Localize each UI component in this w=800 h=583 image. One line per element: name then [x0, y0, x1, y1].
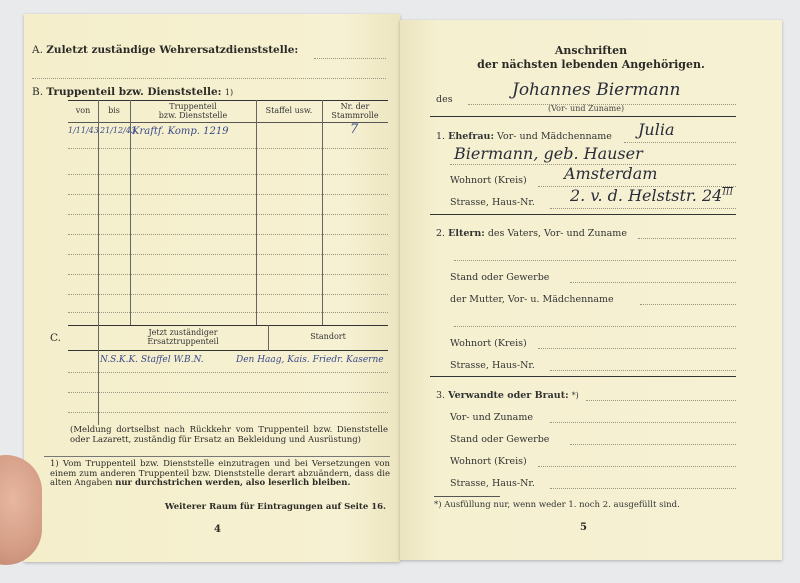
- footnote-rule: [434, 496, 500, 497]
- table-b-row-line: [68, 312, 388, 313]
- line: [550, 488, 736, 489]
- line: [640, 304, 736, 305]
- table-c-top-rule: [68, 325, 388, 326]
- des-rule: [430, 116, 736, 117]
- line: [454, 326, 736, 327]
- table-b-divider: [256, 100, 257, 325]
- table-b-row-line: [68, 234, 388, 235]
- col-von: von: [68, 106, 98, 115]
- line: [538, 466, 736, 467]
- table-b-divider: [322, 100, 323, 325]
- des-hint: (Vor- und Zuname): [548, 104, 624, 113]
- line: [550, 208, 736, 209]
- line: [454, 260, 736, 261]
- row-1-truppenteil: Kraftf. Komp. 1219: [132, 126, 229, 137]
- section-c-label: C.: [50, 332, 61, 344]
- footnote-right: *) Ausfüllung nur, wenn weder 1. noch 2.…: [434, 500, 680, 510]
- table-b-row-line: [68, 274, 388, 275]
- row-c-standort: Den Haag, Kais. Friedr. Kaserne: [236, 355, 384, 365]
- section-a-line-2: [32, 78, 386, 79]
- col-ersatztruppenteil: Jetzt zuständiger Ersatztruppenteil: [98, 328, 268, 346]
- footnote-rule: [44, 456, 390, 457]
- col-staffel: Staffel usw.: [256, 106, 322, 115]
- table-b-row-line: [68, 214, 388, 215]
- table-b-row-line: [68, 194, 388, 195]
- des-value: Johannes Biermann: [512, 80, 681, 100]
- row-1-nr: 7: [350, 122, 358, 137]
- table-c-row-line: [68, 392, 388, 393]
- row-1-bis: 21/12/43: [100, 126, 136, 135]
- col-standort: Standort: [268, 332, 388, 341]
- section2-rule: [430, 376, 736, 377]
- table-b-row-line: [68, 254, 388, 255]
- right-title-line1: Anschriften: [400, 44, 782, 57]
- eltern-mutter-label: der Mutter, Vor- u. Mädchenname: [450, 294, 614, 305]
- ehefrau-strasse-label: Strasse, Haus-Nr.: [450, 197, 535, 208]
- ehefrau-strasse-value: 2. v. d. Helststr. 24III: [570, 186, 733, 205]
- line: [586, 400, 736, 401]
- footnote-left: 1) Vom Truppenteil bzw. Dienststelle ein…: [50, 460, 390, 489]
- eltern-strasse-label: Strasse, Haus-Nr.: [450, 360, 535, 371]
- table-c-row-line: [68, 372, 388, 373]
- section2-heading: 2. Eltern: des Vaters, Vor- und Zuname: [436, 228, 627, 239]
- braut-stand-label: Stand oder Gewerbe: [450, 434, 549, 445]
- section3-heading: 3. Verwandte oder Braut: *): [436, 390, 579, 401]
- col-truppenteil: Truppenteil bzw. Dienststelle: [130, 102, 256, 120]
- section1-rule: [430, 214, 736, 215]
- braut-wohnort-label: Wohnort (Kreis): [450, 456, 527, 467]
- right-page: Anschriften der nächsten lebenden Angehö…: [400, 20, 782, 560]
- line: [570, 282, 736, 283]
- braut-strasse-label: Strasse, Haus-Nr.: [450, 478, 535, 489]
- row-c-ersatztruppenteil: N.S.K.K. Staffel W.B.N.: [100, 355, 204, 365]
- braut-name-label: Vor- und Zuname: [450, 412, 533, 423]
- table-c-divider: [268, 325, 269, 351]
- table-c-header-rule: [68, 350, 388, 351]
- table-b-header-rule: [68, 122, 388, 123]
- table-c-row-line: [68, 412, 388, 413]
- ehefrau-name-1: Julia: [638, 120, 675, 139]
- page-number-right: 5: [580, 522, 587, 533]
- table-b-top-rule: [68, 100, 388, 101]
- col-nr-stammrolle: Nr. der Stammrolle: [322, 102, 388, 120]
- page-number-left: 4: [214, 524, 221, 535]
- row-1-von: 1/11/43: [68, 126, 99, 135]
- section-a-heading: A. Zuletzt zuständige Wehrersatzdienstst…: [32, 44, 298, 56]
- line: [624, 142, 736, 143]
- continuation-note: Weiterer Raum für Eintragungen auf Seite…: [165, 502, 386, 512]
- ehefrau-name-2: Biermann, geb. Hauser: [454, 144, 643, 163]
- ehefrau-wohnort-label: Wohnort (Kreis): [450, 175, 527, 186]
- section-b-heading: B. Truppenteil bzw. Dienststelle: 1): [32, 86, 233, 98]
- left-page: A. Zuletzt zuständige Wehrersatzdienstst…: [24, 14, 400, 562]
- ehefrau-wohnort-value: Amsterdam: [564, 164, 657, 183]
- table-b-row-line: [68, 294, 388, 295]
- line: [538, 348, 736, 349]
- thumb: [0, 455, 42, 565]
- table-b-row-line: [68, 148, 388, 149]
- table-c-divider: [98, 325, 99, 425]
- section1-heading: 1. Ehefrau: Vor- und Mädchenname: [436, 131, 612, 142]
- line: [550, 370, 736, 371]
- des-label: des: [436, 94, 453, 105]
- table-b-row-line: [68, 174, 388, 175]
- line: [570, 444, 736, 445]
- section-c-note: (Meldung dortselbst nach Rückkehr vom Tr…: [70, 426, 388, 445]
- line: [550, 422, 736, 423]
- eltern-wohnort-label: Wohnort (Kreis): [450, 338, 527, 349]
- right-title-line2: der nächsten lebenden Angehörigen.: [400, 58, 782, 71]
- col-bis: bis: [98, 106, 130, 115]
- section-a-line: [314, 58, 386, 59]
- eltern-stand-label: Stand oder Gewerbe: [450, 272, 549, 283]
- line: [638, 238, 736, 239]
